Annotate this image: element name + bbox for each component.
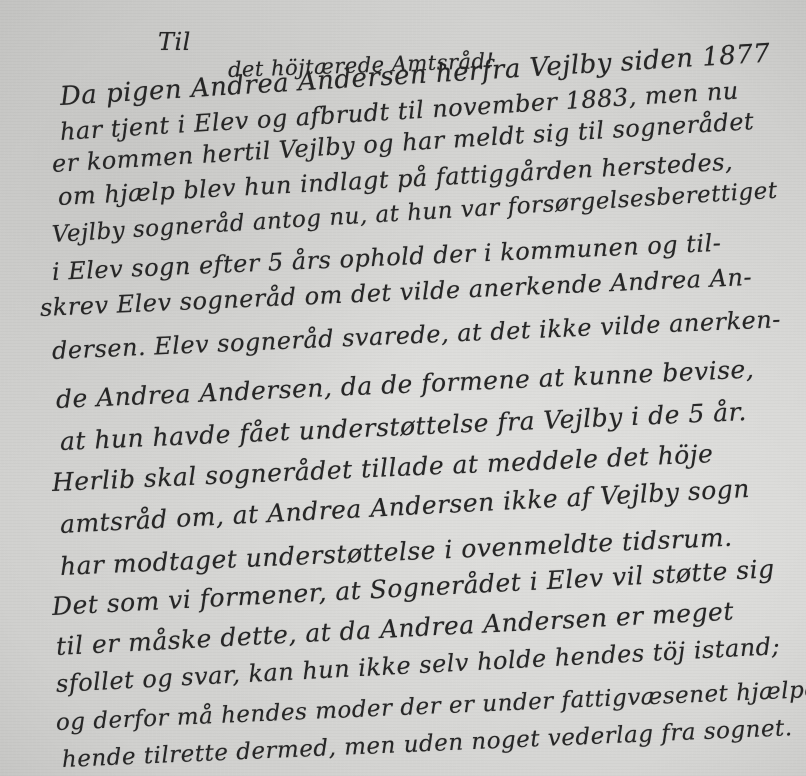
salutation: Til [158,28,191,56]
scanned-letter-page: Til det höjtærede Amtsråd! Da pigen Andr… [0,0,806,776]
